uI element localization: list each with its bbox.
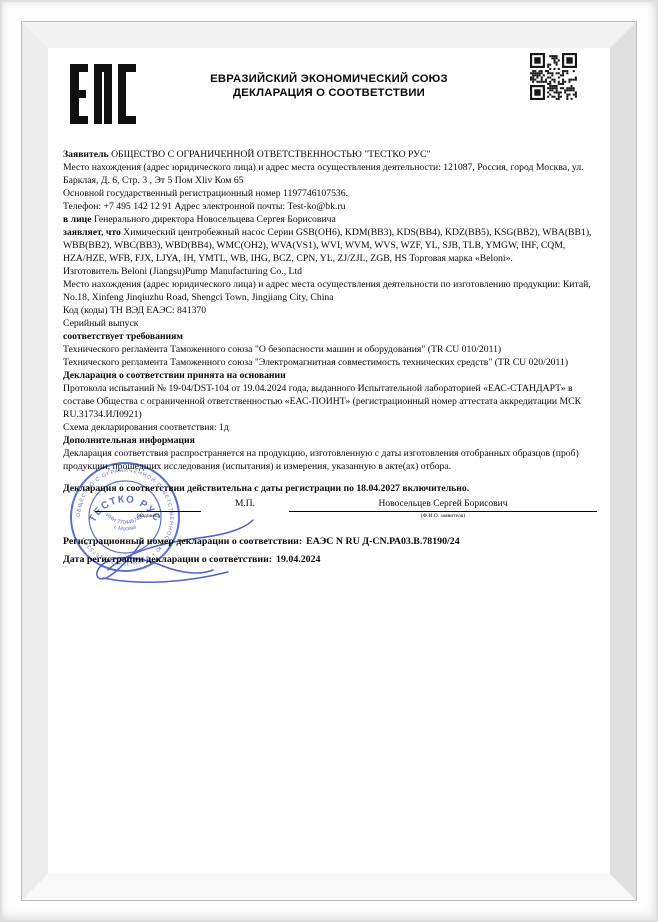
registration-number: Регистрационный номер декларации о соотв…: [63, 535, 597, 548]
field-serial: Серийный выпуск: [63, 317, 597, 330]
qr-code-icon: [530, 53, 577, 100]
regulation-1: Технического регламента Таможенного союз…: [63, 343, 597, 356]
title-line-declaration: ДЕКЛАРАЦИЯ О СООТВЕТСТВИИ: [128, 86, 530, 100]
signer-name: Новосельцев Сергей Борисович: [289, 498, 597, 511]
certificate-header: ЕВРАЗИЙСКИЙ ЭКОНОМИЧЕСКИЙ СОЮЗ ДЕКЛАРАЦИ…: [48, 48, 610, 148]
person-label: в лице: [63, 214, 92, 225]
declares-label: заявляет, что: [63, 227, 121, 238]
field-ogrn: Основной государственный регистрационный…: [63, 187, 597, 200]
certificate-body: Заявитель ОБЩЕСТВО С ОГРАНИЧЕННОЙ ОТВЕТС…: [63, 148, 597, 566]
field-person: в лице Генерального директора Новосельце…: [63, 213, 597, 226]
title-line-union: ЕВРАЗИЙСКИЙ ЭКОНОМИЧЕСКИЙ СОЮЗ: [128, 72, 530, 86]
field-address: Место нахождения (адрес юридического лиц…: [63, 161, 597, 187]
signature-right: Новосельцев Сергей Борисович (Ф.И.О. зая…: [289, 498, 597, 521]
certificate-page: ЕВРАЗИЙСКИЙ ЭКОНОМИЧЕСКИЙ СОЮЗ ДЕКЛАРАЦИ…: [48, 48, 610, 874]
section-conforms: соответствует требованиям: [63, 330, 597, 343]
qr-finder-top-right: [562, 53, 577, 68]
field-manufacturer: Изготовитель Beloni (Jiangsu)Pump Manufa…: [63, 265, 597, 278]
field-validity: Декларация о соответствии действительна …: [63, 482, 597, 495]
registration-number-value: ЕАЭС N RU Д-CN.РА03.В.78190/24: [306, 536, 460, 547]
registration-date-value: 19.04.2024: [276, 554, 320, 565]
field-scheme: Схема декларирования соответствия: 1д: [63, 421, 597, 434]
signature-caption: (подпись): [95, 512, 201, 521]
applicant-value: ОБЩЕСТВО С ОГРАНИЧЕННОЙ ОТВЕТСТВЕННОСТЬЮ…: [111, 149, 430, 160]
section-basis: Декларация о соответствии принята на осн…: [63, 369, 597, 382]
eac-mark-icon: [70, 64, 136, 124]
certificate-title: ЕВРАЗИЙСКИЙ ЭКОНОМИЧЕСКИЙ СОЮЗ ДЕКЛАРАЦИ…: [128, 72, 530, 100]
field-tnved-code: Код (коды) ТН ВЭД ЕАЭС: 841370: [63, 304, 597, 317]
regulation-2: Технического регламента Таможенного союз…: [63, 356, 597, 369]
field-manufacturer-address: Место нахождения (адрес юридического лиц…: [63, 278, 597, 304]
section-additional: Дополнительная информация: [63, 434, 597, 447]
field-additional-text: Декларация соответствия распространяется…: [63, 447, 597, 473]
signature-block: (подпись) М.П. Новосельцев Сергей Борисо…: [63, 498, 597, 521]
qr-finder-bottom-left: [530, 85, 545, 100]
field-applicant: Заявитель ОБЩЕСТВО С ОГРАНИЧЕННОЙ ОТВЕТС…: [63, 148, 597, 161]
signature-left: (подпись): [95, 498, 201, 521]
product-value: Химический центробежный насос Серии GSB(…: [63, 227, 591, 264]
field-phone-email: Телефон: +7 495 142 12 91 Адрес электрон…: [63, 200, 597, 213]
qr-finder-top-left: [530, 53, 545, 68]
applicant-label: Заявитель: [63, 149, 109, 160]
registration-date: Дата регистрации декларации о соответств…: [63, 553, 597, 566]
seal-place-label: М.П.: [201, 498, 289, 521]
name-caption: (Ф.И.О. заявителя): [289, 512, 597, 521]
field-basis-text: Протокола испытаний № 19-04/DST-104 от 1…: [63, 382, 597, 421]
field-product: заявляет, что Химический центробежный на…: [63, 226, 597, 265]
person-value: Генерального директора Новосельцева Серг…: [94, 214, 336, 225]
